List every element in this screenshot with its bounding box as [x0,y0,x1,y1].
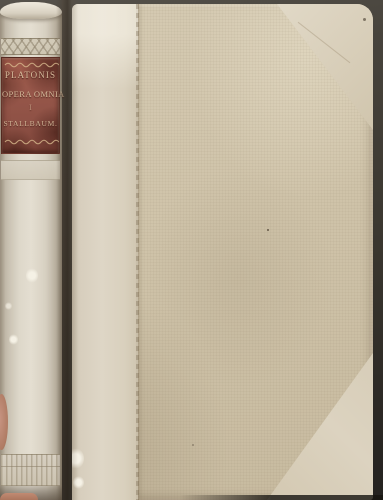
spine-white-spot [26,268,38,283]
cover-speck [267,229,269,231]
bottom-edge-shadow [180,495,383,500]
spine-title-label: PLATONIS OPERA OMNIA I STALLBAUM. [1,57,60,154]
spine-label-title: OPERA OMNIA [2,89,59,99]
spine-foot-tooling-band [1,454,60,486]
gilt-wave-border-top [4,61,59,68]
spine-chevron-tooling-band [1,38,60,55]
foot-band-divider-line [1,466,60,467]
spine-label-volume-numeral: I [2,103,59,112]
fingertip-bottom-left [0,493,38,500]
spine-headcap [0,2,62,19]
front-cover [72,4,373,500]
spine-joint-groove [56,0,78,500]
book-photo: PLATONIS OPERA OMNIA I STALLBAUM. [0,0,383,500]
spine-label-author: PLATONIS [2,70,59,80]
spine-label-editor: STALLBAUM. [2,119,59,128]
book-spine: PLATONIS OPERA OMNIA I STALLBAUM. [0,2,62,500]
spine-tooling-band-below-label [1,160,60,180]
vellum-strip-seam [136,4,139,500]
cover-speck [192,444,194,446]
spine-white-spot [9,334,18,345]
cover-speck [363,18,366,21]
spine-white-spot [5,302,12,310]
cover-vellum-spine-strip [72,4,138,500]
gilt-wave-border-bottom [4,138,59,145]
